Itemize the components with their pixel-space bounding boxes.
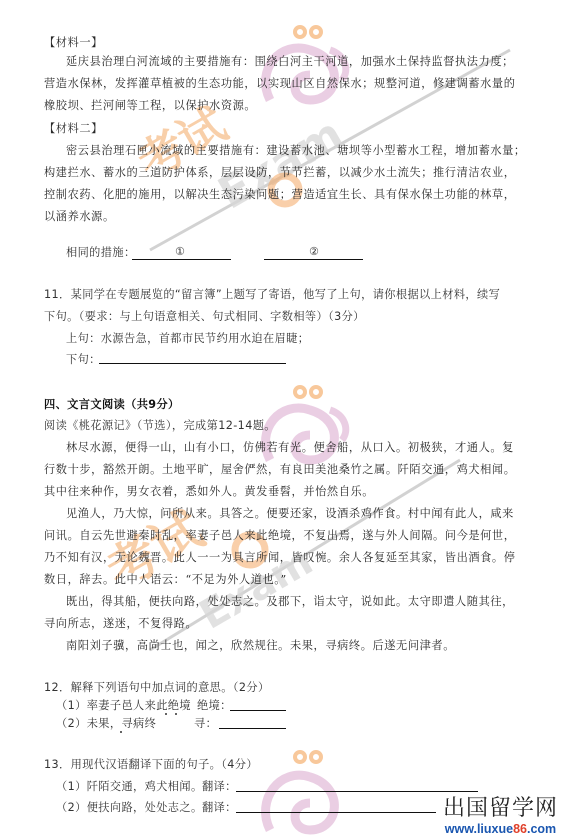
same-measures-label: 相同的措施： [66,246,136,260]
passage-p2-line-2: 问讯。自云先世避秦时乱，率妻子邑人来此绝境，不复出焉，遂与外人间隔。问今是何世， [44,529,516,543]
q12-item-1-answer-blank[interactable] [230,710,286,711]
exam-page: Exam 考试 考试 Exam 【材料一】 延庆县治理白河流域的主要措施有：围绕… [0,0,566,840]
emphasis-dot [120,731,122,733]
watermark-logo-bottom [250,745,360,840]
material1-heading: 【材料一】 [44,36,103,50]
q12-item-2-sentence: （2）未果，寻病终 [56,717,156,731]
brand-url-prefix: www.liuxue [445,822,513,836]
q13-item-2-sentence: （2）便扶向路，处处志之。 [56,801,203,815]
svg-text:Exam: Exam [210,108,352,219]
q12-item-1-term: 绝境： [197,699,232,713]
passage-p1-line-3: 其中往来种作，男女衣着，悉如外人。黄发垂髫，并怡然自乐。 [44,485,374,499]
passage-p2-line-4: 数日，辞去。此中人语云：“不足为外人道也。” [44,573,287,587]
q12-item-1-sentence: （1）率妻子邑人来此绝境 [56,699,191,713]
q11-upper-sentence: 上句：水源告急，首都市民节约用水迫在眉睫； [66,332,309,346]
passage-p2-line-3: 乃不知有汉，无论魏晋。此人一一为具言所闻，皆叹惋。余人各复延至其家，皆出酒食。停 [44,551,516,565]
q13-title: 13．用现代汉语翻译下面的句子。（4分） [44,758,258,772]
q11-line-2: 下句。（要求：与上句语意相关、句式相同、字数相等）（3分） [44,310,365,324]
brand-name: 出国留学网 [443,796,558,822]
passage-p1-line-1: 林尽水源，便得一山，山有小口，仿佛若有光。便舍船，从口入。初极狭，才通人。复 [66,441,514,455]
same-measures-blank-1[interactable] [132,259,231,260]
brand-url: www.liuxue86.com [443,822,558,836]
material2-heading: 【材料二】 [44,122,103,136]
material1-line-3: 橡胶坝、拦河闸等工程，以保护水资源。 [44,99,256,113]
passage-p3-line-2: 寻向所志，遂迷，不复得路。 [44,617,197,631]
passage-p4-line-1: 南阳刘子骥，高尚士也，闻之，欣然规往。未果，寻病终。后遂无问津者。 [66,639,455,653]
passage-p1-line-2: 行数十步，豁然开朗。土地平旷，屋舍俨然，有良田美池桑竹之属。阡陌交通，鸡犬相闻。 [44,463,516,477]
brand-url-suffix: .com [527,822,556,836]
blank-1-marker: ① [175,245,185,258]
q13-item-2-answer-blank[interactable] [236,812,436,813]
q12-title: 12．解释下列语句中加点词的意思。（2分） [44,681,270,695]
material2-line-1: 密云县治理石匣小流域的主要措施有：建设蓄水池、塘坝等小型蓄水工程，增加蓄水量； [66,144,526,158]
q13-item-1-label: 翻译： [202,780,237,794]
q12-item-2-answer-blank[interactable] [219,728,286,729]
material2-line-4: 以涵养水源。 [44,210,115,224]
material2-line-2: 构建拦水、蓄水的三道防护体系，层层设防，节节拦蓄，以减少水土流失；推行清洁农业， [44,166,516,180]
material2-line-3: 控制农药、化肥的施用，以解决生态污染问题；营造适宜生长、具有保水保土功能的林草， [44,188,516,202]
material1-line-2: 营造水保林，发挥灌草植被的生态功能，以实现山区自然保水；规整河道，修建调蓄水量的 [44,77,516,91]
section4-intro: 阅读《桃花源记》（节选），完成第12-14题。 [44,419,276,433]
section4-title: 四、文言文阅读（共9分） [44,398,180,412]
site-brand-watermark: 出国留学网 www.liuxue86.com [441,796,560,836]
q13-item-1-sentence: （1）阡陌交通，鸡犬相闻。 [56,780,203,794]
passage-p3-line-1: 既出，得其船，便扶向路，处处志之。及郡下，诣太守，说如此。太守即遣人随其往， [66,595,514,609]
emphasis-dot [175,713,177,715]
q11-line-1: 11．某同学在专题展览的“留言簿”上题写了寄语，他写了上句，请你根据以上材料，续… [44,288,500,302]
q13-item-1-answer-blank[interactable] [236,791,478,792]
brand-url-highlight: 86 [513,822,527,836]
q13-item-2-label: 翻译： [202,801,237,815]
q11-lower-answer-blank[interactable] [99,363,286,364]
same-measures-blank-2[interactable] [264,259,363,260]
watermark-diagonal-top: Exam 考试 [110,40,530,280]
passage-p2-line-1: 见渔人，乃大惊，问所从来。具答之。便要还家，设酒杀鸡作食。村中闻有此人，咸来 [66,507,514,521]
blank-2-marker: ② [309,245,319,258]
material1-line-1: 延庆县治理白河流域的主要措施有：围绕白河主干河道，加强水土保持监督执法力度； [66,55,514,69]
emphasis-dot [165,713,167,715]
q12-item-2-term: 寻： [194,717,217,731]
q11-lower-label: 下句： [66,353,101,367]
